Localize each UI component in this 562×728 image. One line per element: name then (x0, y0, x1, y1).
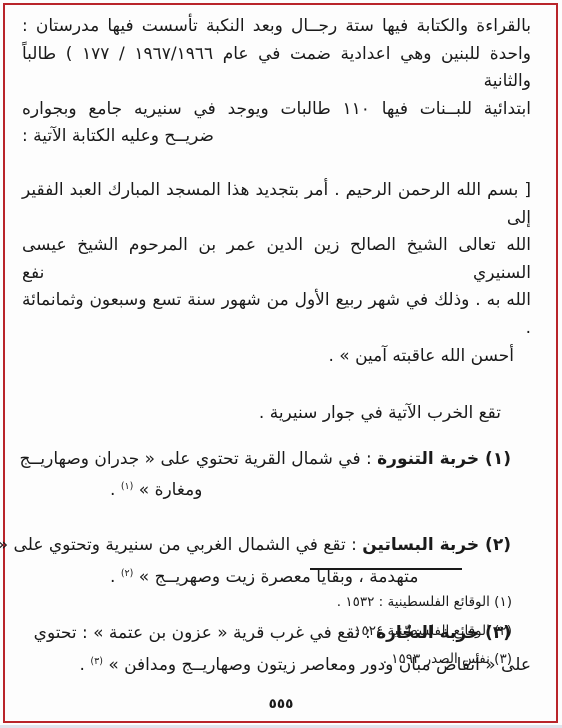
item-text: . (110, 480, 121, 500)
text-line: الله به . وذلك في شهر ربيع الأول من شهور… (22, 287, 531, 342)
intro-paragraph: بالقراءة والكتابة فيها ستة رجــال وبعد ا… (22, 13, 531, 151)
footnote-text: الوقائع الفلسطينية : ١٥٣٢ . (337, 594, 490, 610)
text-line: واحدة للبنين وهي اعدادية ضمت في عام ١٩٦٧… (22, 41, 531, 96)
text-line: الله تعالى الشيخ الصالح زين الدين عمر بن… (22, 232, 531, 287)
text-line: [ بسم الله الرحمن الرحيم . أمر بتجديد هذ… (22, 177, 531, 232)
text-line: متهدمة ، وبقايا معصرة زيت وصهريــج » (٢)… (110, 560, 531, 592)
section-heading: تقع الخرب الآتية في جوار سنيرية . (22, 400, 501, 428)
item-title: (٢) خربة البساتين (362, 535, 511, 555)
ruin-item-2: (٢) خربة البساتين : تقع في الشمال الغربي… (22, 532, 531, 591)
text-line: (٢) خربة البساتين : تقع في الشمال الغربي… (22, 532, 511, 560)
footnote-marker: (١) (121, 481, 134, 492)
footnote-number: (٣) (494, 651, 512, 667)
footnote: (١) الوقائع الفلسطينية : ١٥٣٢ . (40, 588, 512, 617)
footnote-text: الوقائع الفلسطينية ١٥٢٤ . (346, 623, 490, 639)
item-text: . (110, 567, 121, 587)
page-number: ٥٥٥ (0, 696, 562, 712)
footnote-number: (٢) (494, 623, 512, 639)
footnote-marker: (٢) (121, 568, 134, 579)
text-line: أحسن الله عاقبته آمين » . (22, 343, 514, 371)
footnotes-block: (١) الوقائع الفلسطينية : ١٥٣٢ . (٢) الوق… (40, 588, 512, 674)
item-text: : في شمال القرية تحتوي على « جدران وصهار… (19, 449, 377, 469)
footnote: (٢) الوقائع الفلسطينية ١٥٢٤ . (40, 617, 512, 646)
inscription-paragraph: [ بسم الله الرحمن الرحيم . أمر بتجديد هذ… (22, 177, 531, 370)
footnote-separator-rule (310, 568, 462, 570)
item-text: : تقع في الشمال الغربي من سنيرية وتحتوي … (0, 535, 362, 555)
item-title: (١) خربة التنورة (377, 449, 511, 469)
text-line: ومغارة » (١) . (110, 473, 531, 505)
text-line: بالقراءة والكتابة فيها ستة رجــال وبعد ا… (22, 13, 531, 41)
text-line: ابتدائية للبــنات فيها ١١٠ طالبات ويوجد … (22, 96, 531, 124)
text-line: ضريــح وعليه الكتابة الآتية : (22, 123, 531, 151)
book-page: بالقراءة والكتابة فيها ستة رجــال وبعد ا… (0, 0, 562, 728)
footnote: (٣) نفس الصدر ١٥٩٣ . (40, 645, 512, 674)
item-text: ومغارة » (139, 480, 203, 500)
page-content: بالقراءة والكتابة فيها ستة رجــال وبعد ا… (22, 13, 531, 679)
ruin-item-1: (١) خربة التنورة : في شمال القرية تحتوي … (22, 446, 531, 505)
text-line: (١) خربة التنورة : في شمال القرية تحتوي … (22, 446, 511, 474)
footnote-text: نفس الصدر ١٥٩٣ . (383, 651, 490, 667)
footnote-number: (١) (494, 594, 512, 610)
